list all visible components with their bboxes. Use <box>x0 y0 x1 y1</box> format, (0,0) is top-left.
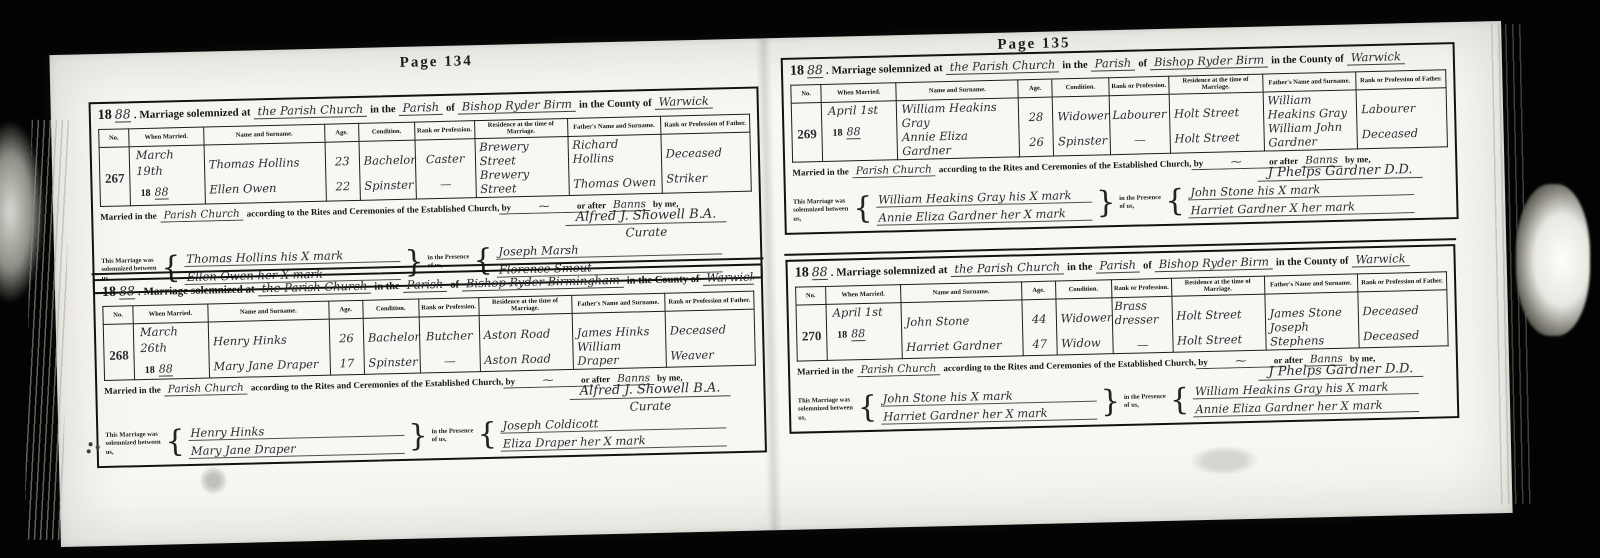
groom-father-name: Richard Hollins <box>570 136 659 166</box>
marriage-record-269: 1888. Marriage solemnized at the Parish … <box>781 42 1459 235</box>
when-married-line1: March <box>136 324 206 342</box>
scan-smudge-artifact <box>1189 445 1260 477</box>
county-label: in the County of <box>627 274 700 287</box>
parish-name-handwritten: Bishop Ryder Birm <box>1150 52 1269 70</box>
cell-number: 269 <box>791 102 823 162</box>
groom-condition: Widower <box>1055 97 1107 123</box>
bride-condition: Spinster <box>366 344 418 370</box>
cell-conditions: Widower Spinster <box>1052 96 1110 156</box>
column-header-father-profession: Rank or Profession of Father. <box>664 291 754 311</box>
column-header-condition: Condition. <box>358 122 414 141</box>
bride-father-profession: Striker <box>664 159 749 186</box>
married-in-label: Married in the <box>104 385 161 396</box>
cell-fathers: Richard Hollins Thomas Owen <box>568 134 662 195</box>
column-header-father-profession: Rank or Profession of Father. <box>660 114 750 134</box>
couple-signatures: Henry Hinks Mary Jane Draper <box>188 421 405 459</box>
cell-when-married: April 1st 18 88 <box>821 101 898 162</box>
cell-residences: Aston Road Aston Road <box>479 313 573 371</box>
column-header-condition: Condition. <box>1052 78 1109 97</box>
groom-age: 28 <box>1021 99 1051 125</box>
cell-fathers: James Stone Joseph Stephens <box>1265 292 1359 350</box>
brace-open-couple: { <box>858 396 878 420</box>
cell-ages: 26 17 <box>329 318 364 375</box>
brace-open-witnesses: { <box>1170 389 1190 413</box>
when-married-year: 18 88 <box>137 358 207 378</box>
groom-residence: Holt Street <box>1172 94 1261 121</box>
year-suffix-handwritten: 88 <box>159 362 173 376</box>
scan-smudge-artifact <box>199 466 228 495</box>
cell-number: 268 <box>103 324 134 381</box>
bride-residence: Brewery Street <box>478 166 567 196</box>
church-name-handwritten: the Parish Church <box>945 57 1059 75</box>
bride-age: 17 <box>332 345 361 371</box>
groom-profession: Labourer <box>1111 96 1167 122</box>
groom-father-profession: Deceased <box>667 311 752 338</box>
bride-name: Annie Eliza Gardner <box>900 127 1017 158</box>
cell-residences: Holt Street Holt Street <box>1171 294 1265 352</box>
presence-label: in the Presence of us, <box>1119 194 1161 212</box>
register-table: No. When Married. Name and Surname. Age.… <box>102 291 756 381</box>
couple-signatures: William Heakins Gray his X mark Annie El… <box>876 188 1093 226</box>
cell-names: Henry Hinks Mary Jane Draper <box>208 319 330 378</box>
when-married-line2: 26th <box>136 340 206 358</box>
cell-when-married: March 19th 18 88 <box>129 145 205 206</box>
church-name-handwritten: the Parish Church <box>258 279 372 297</box>
groom-age: 26 <box>332 320 361 346</box>
column-header-when-married: When Married. <box>826 285 901 305</box>
when-married-line1: April 1st <box>824 102 895 120</box>
groom-residence: Holt Street <box>1174 296 1263 323</box>
brace-close-couple: } <box>1101 390 1121 414</box>
groom-residence: Aston Road <box>481 315 570 342</box>
column-header-age: Age. <box>329 300 363 319</box>
cell-conditions: Bachelor Spinster <box>359 140 416 200</box>
cell-when-married: April 1st 18 88 <box>826 303 902 361</box>
record-number: 267 <box>102 148 128 187</box>
cell-number: 270 <box>796 304 827 361</box>
page-134-label: Page 134 <box>399 53 472 72</box>
witness-signature-2: Harriet Gardner X her mark <box>1188 198 1414 218</box>
groom-father-name: William Heakins Gray <box>1265 91 1354 121</box>
cell-names: Thomas Hollins Ellen Owen <box>204 142 326 204</box>
bride-father-profession: Deceased <box>1361 316 1446 343</box>
district-handwritten: Parish <box>398 100 443 116</box>
officiant-block: J Phelps Gardner D.D. <box>1258 361 1423 381</box>
married-in-label: Married in the <box>797 365 854 376</box>
officiant-signature: J Phelps Gardner D.D. <box>1258 361 1423 381</box>
title-label: Marriage solemnized at <box>836 264 947 279</box>
year-prefix: 18 <box>145 365 155 376</box>
groom-name: Thomas Hollins <box>206 144 323 172</box>
bride-condition: Widow <box>1059 324 1111 350</box>
year-prefix: 18 <box>102 285 116 301</box>
bride-age: 26 <box>1022 124 1052 150</box>
couple-signatures: John Stone his X mark Harriet Gardner he… <box>881 387 1098 425</box>
cell-when-married: March 26th 18 88 <box>133 322 209 380</box>
bride-residence: Holt Street <box>1175 321 1264 348</box>
year-suffix-handwritten: 88 <box>119 283 135 299</box>
of-label: of <box>450 280 459 291</box>
groom-age: 44 <box>1024 301 1053 327</box>
bride-age: 22 <box>328 168 357 194</box>
bride-name: Mary Jane Draper <box>211 346 328 374</box>
groom-residence: Brewery Street <box>477 138 566 168</box>
bride-age: 47 <box>1025 326 1054 352</box>
county-handwritten: Warwick <box>1351 251 1409 267</box>
of-label: of <box>446 103 455 114</box>
groom-condition: Bachelor <box>365 319 417 345</box>
register-table: No. When Married. Name and Surname. Age.… <box>98 114 752 207</box>
cell-conditions: Bachelor Spinster <box>363 317 420 374</box>
column-header-no: No. <box>99 129 129 148</box>
when-married-year: 18 88 <box>829 323 899 343</box>
groom-condition: Widower <box>1058 299 1110 325</box>
column-header-when-married: When Married. <box>821 83 897 103</box>
officiant-title: Curate <box>570 397 731 415</box>
solemnized-label: This Marriage was solemnized between us, <box>105 430 162 457</box>
year-suffix-handwritten: 88 <box>115 106 131 122</box>
witness-signature-2: Annie Eliza Gardner her X mark <box>1193 397 1419 417</box>
marriage-record-267: 1888. Marriage solemnized at the Parish … <box>89 86 763 294</box>
district-handwritten: Parish <box>1091 56 1136 72</box>
column-header-rank-profession: Rank or Profession. <box>1108 76 1169 95</box>
book-page-spread: Page 134 Page 135 1888. Marriage solemni… <box>49 21 1512 547</box>
bride-profession: — <box>422 342 477 368</box>
bride-profession: — <box>1115 326 1170 352</box>
bride-name: Ellen Owen <box>207 169 324 197</box>
groom-father-profession: Labourer <box>1359 89 1444 116</box>
cell-number: 267 <box>99 147 130 207</box>
cell-father-professions: Deceased Deceased <box>1358 290 1449 348</box>
record-number: 269 <box>794 104 820 143</box>
brace-close-couple: } <box>1096 192 1116 216</box>
bride-name: Harriet Gardner <box>904 326 1021 354</box>
column-header-residence: Residence at the time of Marriage. <box>1171 276 1264 296</box>
cell-residences: Holt Street Holt Street <box>1169 92 1264 153</box>
register-table: No. When Married. Name and Surname. Age.… <box>790 69 1448 162</box>
bride-condition: Spinster <box>1056 122 1108 148</box>
church-name-handwritten: the Parish Church <box>950 259 1064 277</box>
officiant-block: Alfred J. Showell B.A. Curate <box>565 206 726 241</box>
brace-open-couple: { <box>853 197 873 221</box>
year-suffix-handwritten: 88 <box>154 185 168 199</box>
cell-names: John Stone Harriet Gardner <box>901 300 1023 359</box>
cell-names: William Heakins Gray Annie Eliza Gardner <box>897 98 1020 160</box>
bride-profession: — <box>1112 121 1168 147</box>
county-handwritten: Warwick <box>654 94 712 110</box>
when-married-year: 18 88 <box>824 121 895 141</box>
bride-signature: Harriet Gardner her X mark <box>881 405 1097 425</box>
presence-label: in the Presence of us, <box>427 253 469 271</box>
column-header-age: Age. <box>324 123 358 142</box>
year-prefix: 18 <box>837 329 847 340</box>
cell-professions: Caster — <box>415 139 476 199</box>
cell-father-professions: Deceased Striker <box>661 132 752 193</box>
column-header-age: Age. <box>1018 79 1052 98</box>
column-header-no: No. <box>796 286 826 305</box>
solemnized-label: This Marriage was solemnized between us, <box>793 197 850 224</box>
column-header-when-married: When Married. <box>133 304 208 324</box>
groom-father-profession: Deceased <box>1360 291 1445 318</box>
bride-signature: Mary Jane Draper <box>189 439 405 459</box>
officiant-signature: J Phelps Gardner D.D. <box>1258 162 1423 182</box>
groom-father-profession: Deceased <box>663 134 748 161</box>
when-married-line1: March <box>132 147 202 165</box>
record-number: 268 <box>106 325 132 364</box>
year-prefix: 18 <box>790 63 804 79</box>
cell-father-professions: Deceased Weaver <box>665 309 756 367</box>
cell-ages: 23 22 <box>325 141 360 201</box>
cell-professions: Labourer — <box>1109 94 1171 154</box>
bride-father-name: William John Gardner <box>1266 119 1355 149</box>
year-suffix-handwritten: 88 <box>851 327 865 341</box>
groom-name: William Heakins Gray <box>899 99 1016 130</box>
column-header-no: No. <box>103 306 133 325</box>
cell-fathers: William Heakins Gray William John Gardne… <box>1263 90 1358 151</box>
in-the-label: in the <box>1067 262 1093 274</box>
parish-name-handwritten: Bishop Ryder Birm <box>458 97 577 115</box>
parish-name-handwritten: Bishop Ryder Birm <box>1155 254 1274 272</box>
in-the-label: in the <box>374 281 400 293</box>
column-header-father-name: Father's Name and Surname. <box>1264 274 1357 294</box>
record-number: 270 <box>799 306 825 345</box>
married-in-label: Married in the <box>100 211 157 222</box>
county-label: in the County of <box>1276 256 1349 269</box>
cell-ages: 28 26 <box>1018 97 1053 157</box>
column-header-father-name: Father's Name and Surname. <box>571 293 664 313</box>
bride-father-name: Thomas Owen <box>571 164 660 191</box>
groom-father-name: James Stone <box>1267 293 1356 320</box>
district-handwritten: Parish <box>403 277 448 293</box>
witness-signature-2: Eliza Draper her X mark <box>501 431 727 451</box>
cell-fathers: James Hinks William Draper <box>572 311 666 369</box>
brace-open-witnesses: { <box>1165 190 1185 214</box>
cell-father-professions: Labourer Deceased <box>1356 88 1447 149</box>
column-header-residence: Residence at the time of Marriage. <box>474 118 567 138</box>
column-header-age: Age. <box>1021 281 1055 300</box>
column-header-father-name: Father's Name and Surname. <box>1262 72 1356 92</box>
groom-name: John Stone <box>903 301 1020 329</box>
parish-name-handwritten: Bishop Ryder Birmingham <box>462 273 624 292</box>
presence-label: in the Presence of us, <box>1124 393 1166 411</box>
year-prefix: 18 <box>832 127 842 138</box>
marriage-record-268: 1888. Marriage solemnized at the Parish … <box>93 263 767 468</box>
presence-label: in the Presence of us, <box>431 427 473 445</box>
in-the-label: in the <box>1062 60 1088 72</box>
bride-father-profession: Weaver <box>668 336 753 363</box>
county-handwritten: Warwick <box>1347 49 1405 65</box>
column-header-father-profession: Rank or Profession of Father. <box>1357 272 1447 292</box>
bride-residence: Aston Road <box>482 340 571 367</box>
scan-light-artifact-left <box>0 122 44 302</box>
brace-open-witnesses: { <box>477 423 497 447</box>
married-in-label: Married in the <box>792 166 849 177</box>
column-header-condition: Condition. <box>1055 280 1111 299</box>
year-period: . <box>831 268 834 279</box>
column-header-condition: Condition. <box>362 299 418 318</box>
groom-profession: Butcher <box>421 317 476 343</box>
cell-ages: 44 47 <box>1022 299 1057 356</box>
groom-profession: Brass dresser <box>1114 298 1170 327</box>
witness-signatures: William Heakins Gray his X mark Annie El… <box>1193 379 1420 417</box>
register-table: No. When Married. Name and Surname. Age.… <box>795 271 1449 361</box>
year-prefix: 18 <box>140 188 150 199</box>
scan-light-artifact-right <box>1516 184 1590 336</box>
scan-speck-artifact <box>89 442 93 446</box>
column-header-rank-profession: Rank or Profession. <box>1111 278 1171 297</box>
when-married-year: 18 88 <box>132 182 202 202</box>
column-header-rank-profession: Rank or Profession. <box>418 298 478 317</box>
bride-father-name: Joseph Stephens <box>1268 318 1357 348</box>
bride-residence: Holt Street <box>1172 119 1261 146</box>
when-married-line2: 19th <box>132 163 202 181</box>
year-period: . <box>138 287 141 298</box>
title-label: Marriage solemnized at <box>831 62 942 77</box>
county-label: in the County of <box>1271 54 1344 67</box>
of-label: of <box>1138 58 1147 69</box>
cell-residences: Brewery Street Brewery Street <box>475 136 569 197</box>
groom-age: 23 <box>327 143 356 169</box>
column-header-no: No. <box>791 85 822 104</box>
year-prefix: 18 <box>795 265 809 281</box>
bride-father-name: William Draper <box>575 338 664 368</box>
bride-profession: — <box>418 165 473 191</box>
when-married-line1: April 1st <box>828 304 898 322</box>
in-the-label: in the <box>370 104 396 116</box>
groom-condition: Bachelor <box>361 142 413 168</box>
officiant-block: J Phelps Gardner D.D. <box>1258 162 1423 182</box>
witness-signatures: John Stone his X mark Harriet Gardner X … <box>1188 180 1415 218</box>
solemnized-label: This Marriage was solemnized between us, <box>798 396 855 423</box>
witness-signatures: Joseph Coldicott Eliza Draper her X mark <box>500 413 727 451</box>
cell-conditions: Widower Widow <box>1056 298 1113 355</box>
bride-condition: Spinster <box>362 167 414 193</box>
scanned-register-image: Page 134 Page 135 1888. Marriage solemni… <box>0 0 1600 558</box>
cell-professions: Butcher — <box>419 316 480 373</box>
year-prefix: 18 <box>98 108 112 124</box>
groom-name: Henry Hinks <box>211 321 328 349</box>
column-header-father-name: Father's Name and Surname. <box>567 116 660 136</box>
county-handwritten: Warwick <box>702 269 754 285</box>
column-header-father-profession: Rank or Profession of Father. <box>1356 70 1446 90</box>
title-label: Marriage solemnized at <box>143 283 254 298</box>
column-header-residence: Residence at the time of Marriage. <box>478 295 571 315</box>
year-suffix-handwritten: 88 <box>807 62 823 78</box>
brace-close-couple: } <box>408 425 428 449</box>
of-label: of <box>1143 260 1152 271</box>
groom-father-name: James Hinks <box>574 313 663 340</box>
bride-father-profession: Deceased <box>1359 114 1444 141</box>
officiant-block: Alfred J. Showell B.A. Curate <box>570 380 731 415</box>
bride-signature: Annie Eliza Gardner her X mark <box>876 206 1092 226</box>
groom-profession: Caster <box>417 140 472 166</box>
column-header-rank-profession: Rank or Profession. <box>414 121 474 140</box>
officiant-title: Curate <box>566 223 727 241</box>
column-header-when-married: When Married. <box>129 127 204 147</box>
county-label: in the County of <box>579 98 652 111</box>
year-period: . <box>134 110 137 121</box>
year-period: . <box>826 66 829 77</box>
year-suffix-handwritten: 88 <box>812 264 828 280</box>
district-handwritten: Parish <box>1095 258 1140 274</box>
column-header-residence: Residence at the time of Marriage. <box>1169 74 1263 94</box>
cell-professions: Brass dresser — <box>1112 296 1173 353</box>
year-suffix-handwritten: 88 <box>846 125 860 139</box>
title-label: Marriage solemnized at <box>139 106 250 121</box>
marriage-record-270: 1888. Marriage solemnized at the Parish … <box>785 244 1459 434</box>
church-name-handwritten: the Parish Church <box>253 102 367 120</box>
brace-open-couple: { <box>165 431 185 455</box>
